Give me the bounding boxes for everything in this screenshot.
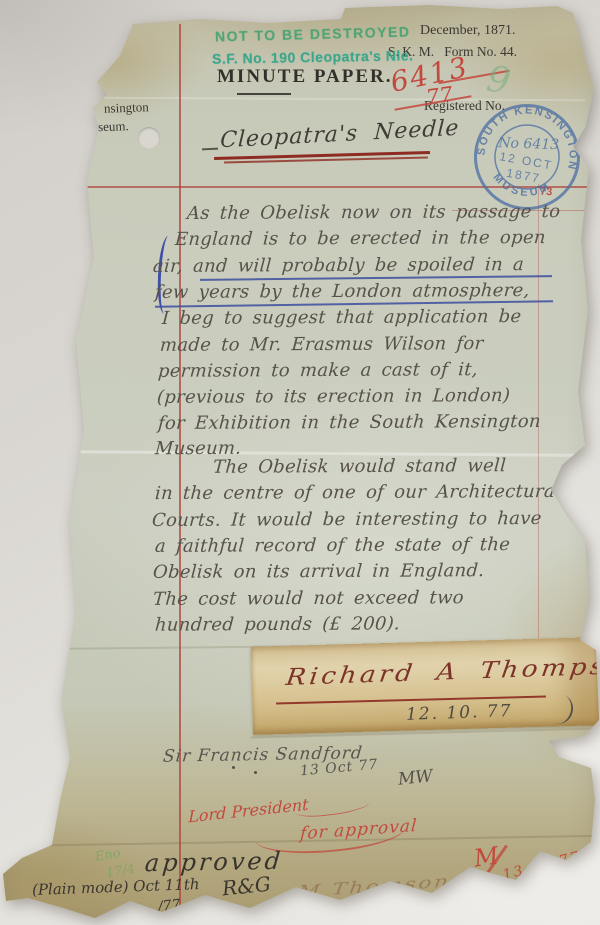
letterhead-kensington: nsington xyxy=(104,99,149,117)
body-line: in the centre of one of our Architectura… xyxy=(154,481,561,504)
body-line: The Obelisk would stand well xyxy=(212,455,506,478)
body-line: permission to make a cast of it, xyxy=(157,359,478,382)
body-line: a faithful record of the state of the xyxy=(154,534,511,557)
ink-dot xyxy=(232,766,235,769)
body-line: (previous to its erection in London) xyxy=(156,385,511,408)
registered-year-handwritten: 77 xyxy=(424,82,454,109)
document-paper: nsington Museum. December, 1871. S. K. M… xyxy=(0,0,600,925)
ink-dot xyxy=(254,771,257,774)
title-rule xyxy=(237,93,291,95)
bottom-note-2: /77 xyxy=(157,897,181,915)
signature-date: 12. 10. 77 xyxy=(406,701,513,725)
body-line: made to Mr. Erasmus Wilson for xyxy=(159,333,484,356)
body-line: hundred pounds (£ 200). xyxy=(154,613,400,635)
body-line: Obelisk on its arrival in England. xyxy=(152,560,485,583)
paper-shadow: nsington Museum. December, 1871. S. K. M… xyxy=(0,0,600,925)
letterhead-museum: Museum. xyxy=(80,118,129,136)
initials-mw: MW xyxy=(397,766,434,790)
punch-hole xyxy=(138,127,160,149)
body-line: As the Obelisk now on its passage to xyxy=(186,201,561,224)
body-line: The cost would not exceed two xyxy=(152,587,464,610)
minute-paper-title: MINUTE PAPER. xyxy=(217,66,393,88)
photo-of-minute-paper: nsington Museum. December, 1871. S. K. M… xyxy=(0,0,600,925)
printed-date: December, 1871. xyxy=(420,23,515,39)
initials-rg: R&G xyxy=(221,872,272,901)
red-left-margin-line xyxy=(179,24,181,916)
body-line: few years by the London atmosphere, xyxy=(154,280,530,303)
body-line: I beg to suggest that application be xyxy=(161,306,522,329)
body-line: England is to be erected in the open xyxy=(174,227,546,250)
body-line: Courts. It would be interesting to have xyxy=(151,508,542,531)
red-right-margin-line xyxy=(538,184,539,700)
body-line: air, and will probably be spoiled in a xyxy=(152,254,524,277)
body-line: for Exhibition in the South Kensington xyxy=(157,411,541,434)
